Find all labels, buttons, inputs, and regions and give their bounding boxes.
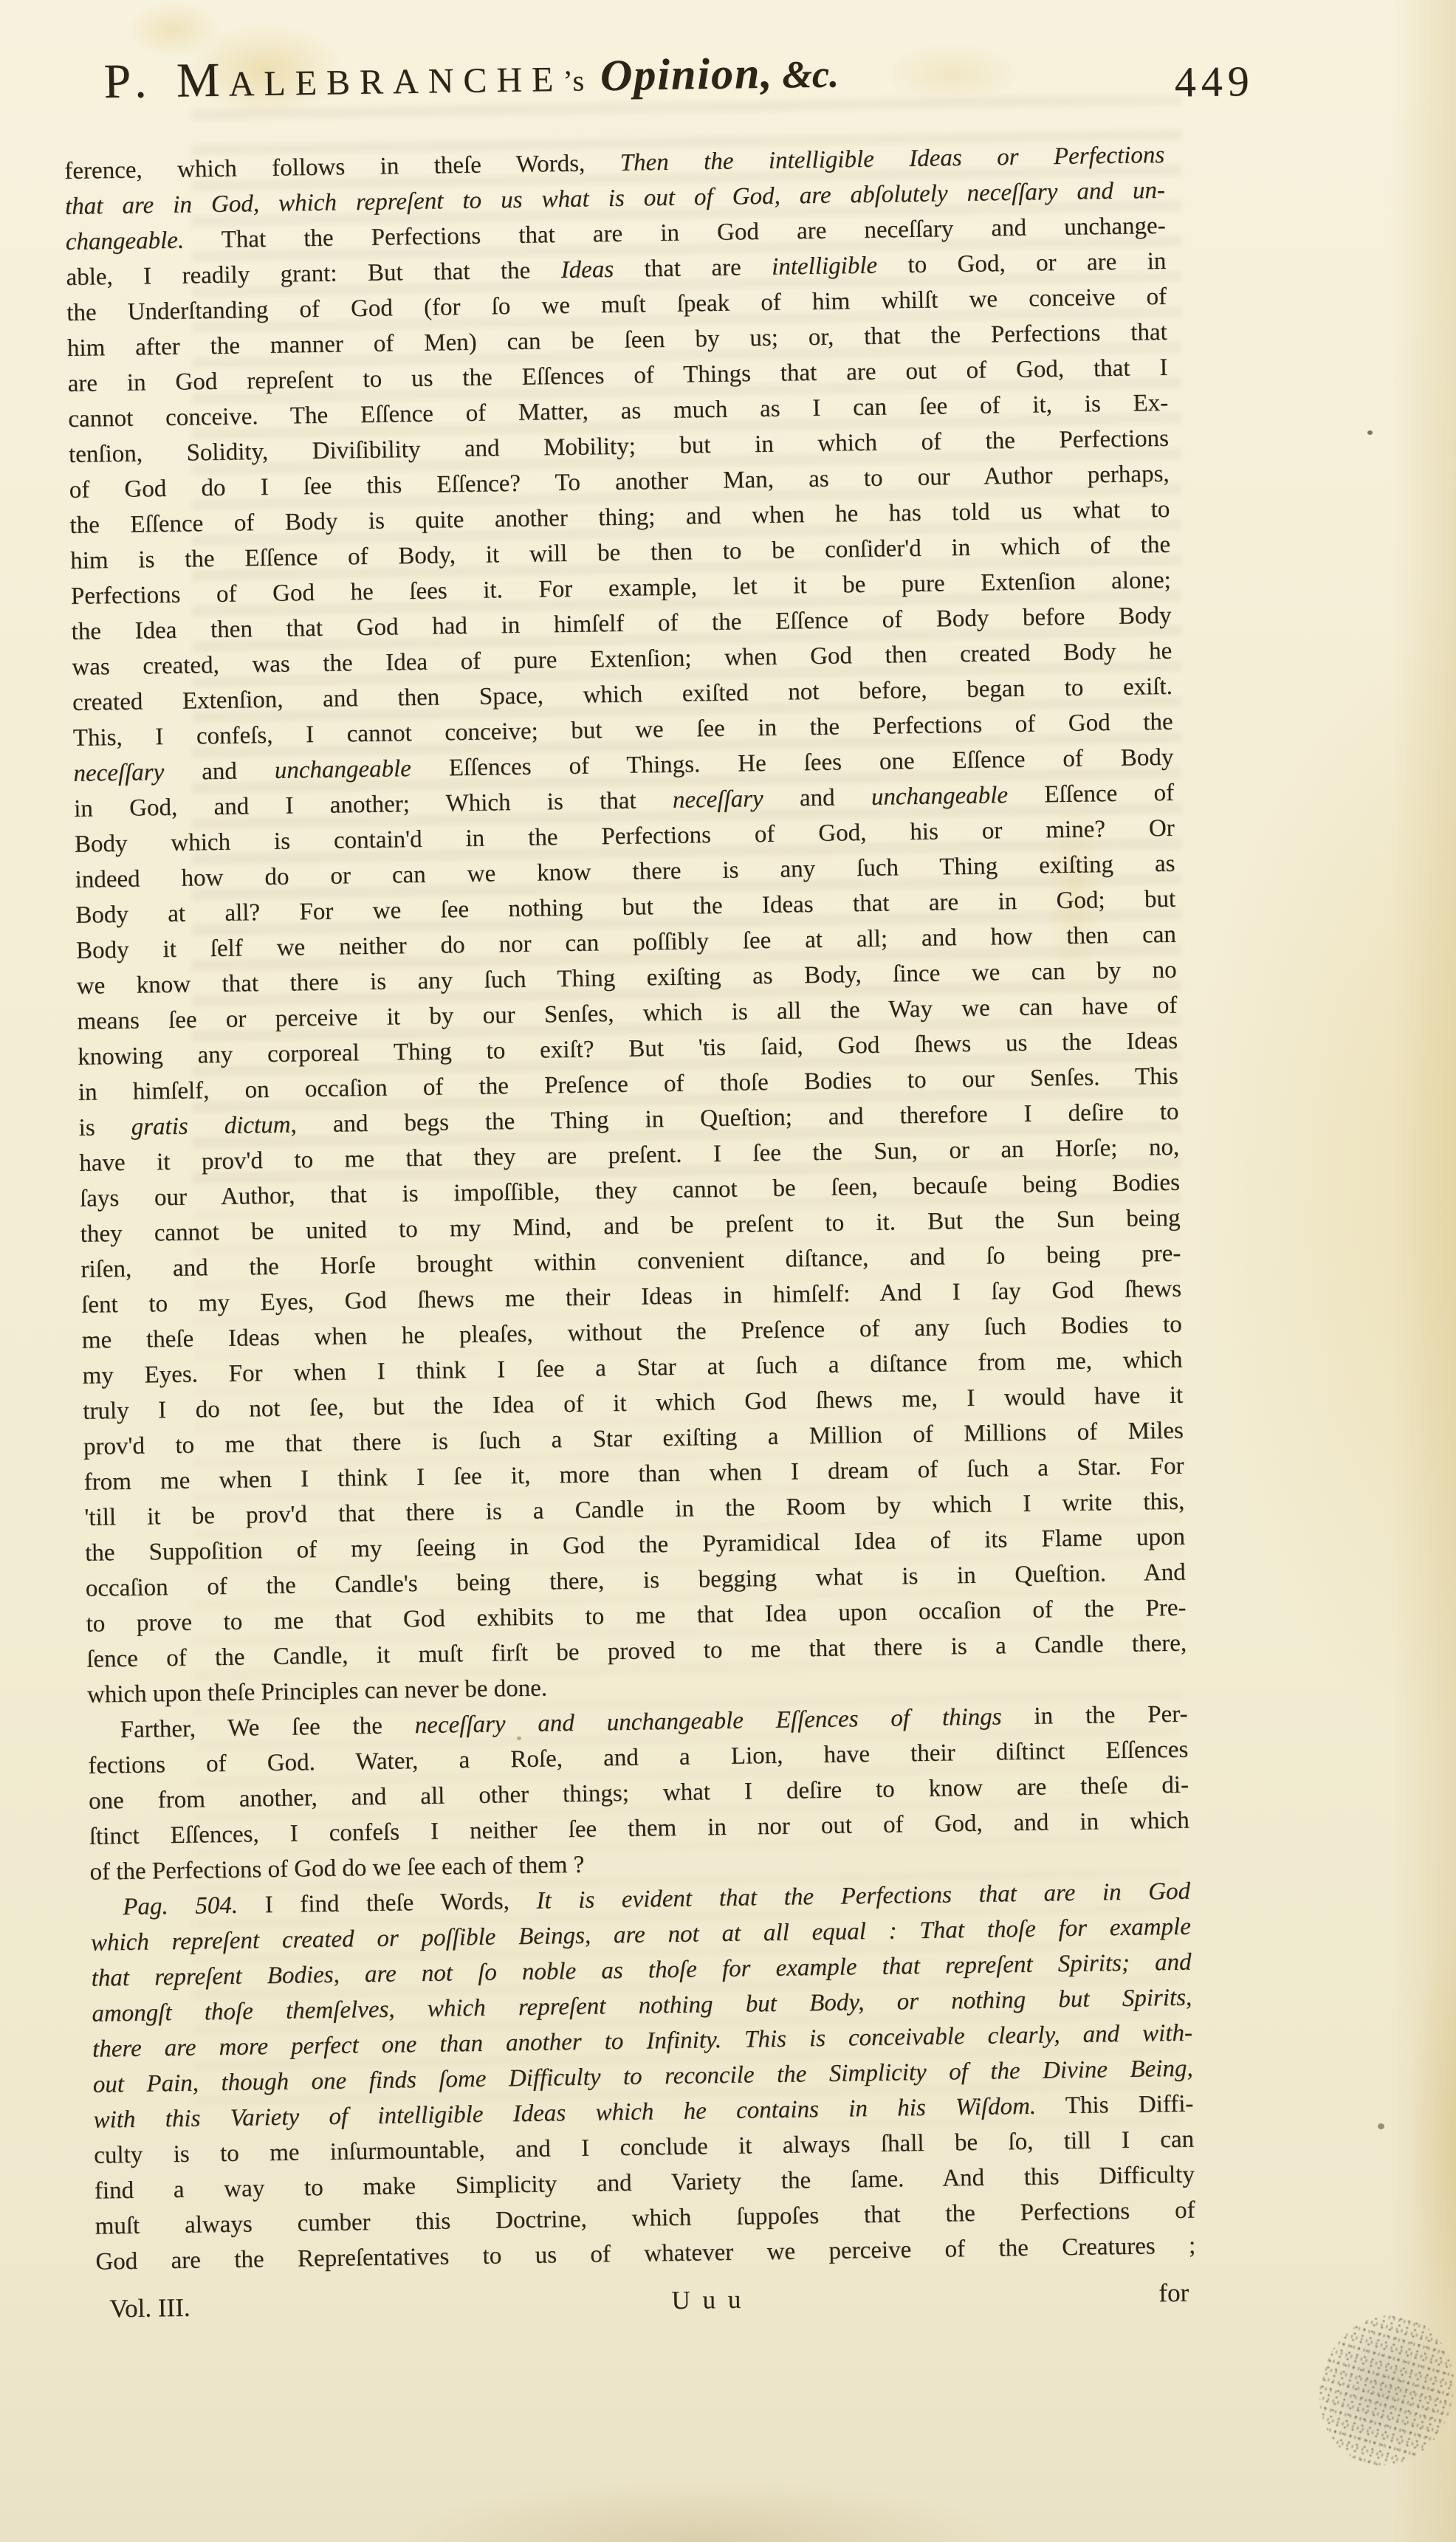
running-title-etc: &c. (782, 53, 839, 96)
page-header: P. MALEBRANCHE’sOpinion,&c. 449 (63, 33, 1319, 146)
ink-speck (1378, 2123, 1384, 2129)
paragraph: ference, which follows in theſe Words, T… (64, 137, 1187, 1713)
ink-speckle-smudge (1302, 2299, 1456, 2481)
page-content: P. MALEBRANCHE’sOpinion,&c. 449 ference,… (63, 33, 1352, 2327)
running-title-italic: Opinion, (600, 49, 774, 100)
paragraph: Farther, We ſee the neceſſary and unchan… (87, 1697, 1189, 1890)
signature-mark: U u u (671, 2282, 744, 2318)
text-block: ference, which follows in theſe Words, T… (64, 137, 1196, 2280)
running-title-possessive: ’s (563, 64, 586, 97)
page-number: 449 (1174, 56, 1254, 107)
running-title: P. MALEBRANCHE’sOpinion,&c. (103, 43, 839, 110)
running-title-initials: P. M (103, 53, 229, 109)
running-title-caps: ALEBRANCHE (228, 60, 563, 104)
page-footer: Vol. III. U u u for (96, 2275, 1197, 2327)
book-page-scan: P. MALEBRANCHE’sOpinion,&c. 449 ference,… (0, 0, 1456, 2542)
catchword: for (1158, 2275, 1189, 2312)
volume-label: Vol. III. (109, 2290, 190, 2327)
paragraph: Pag. 504. I find theſe Words, It is evid… (90, 1874, 1196, 2280)
ink-speck (1367, 430, 1373, 435)
